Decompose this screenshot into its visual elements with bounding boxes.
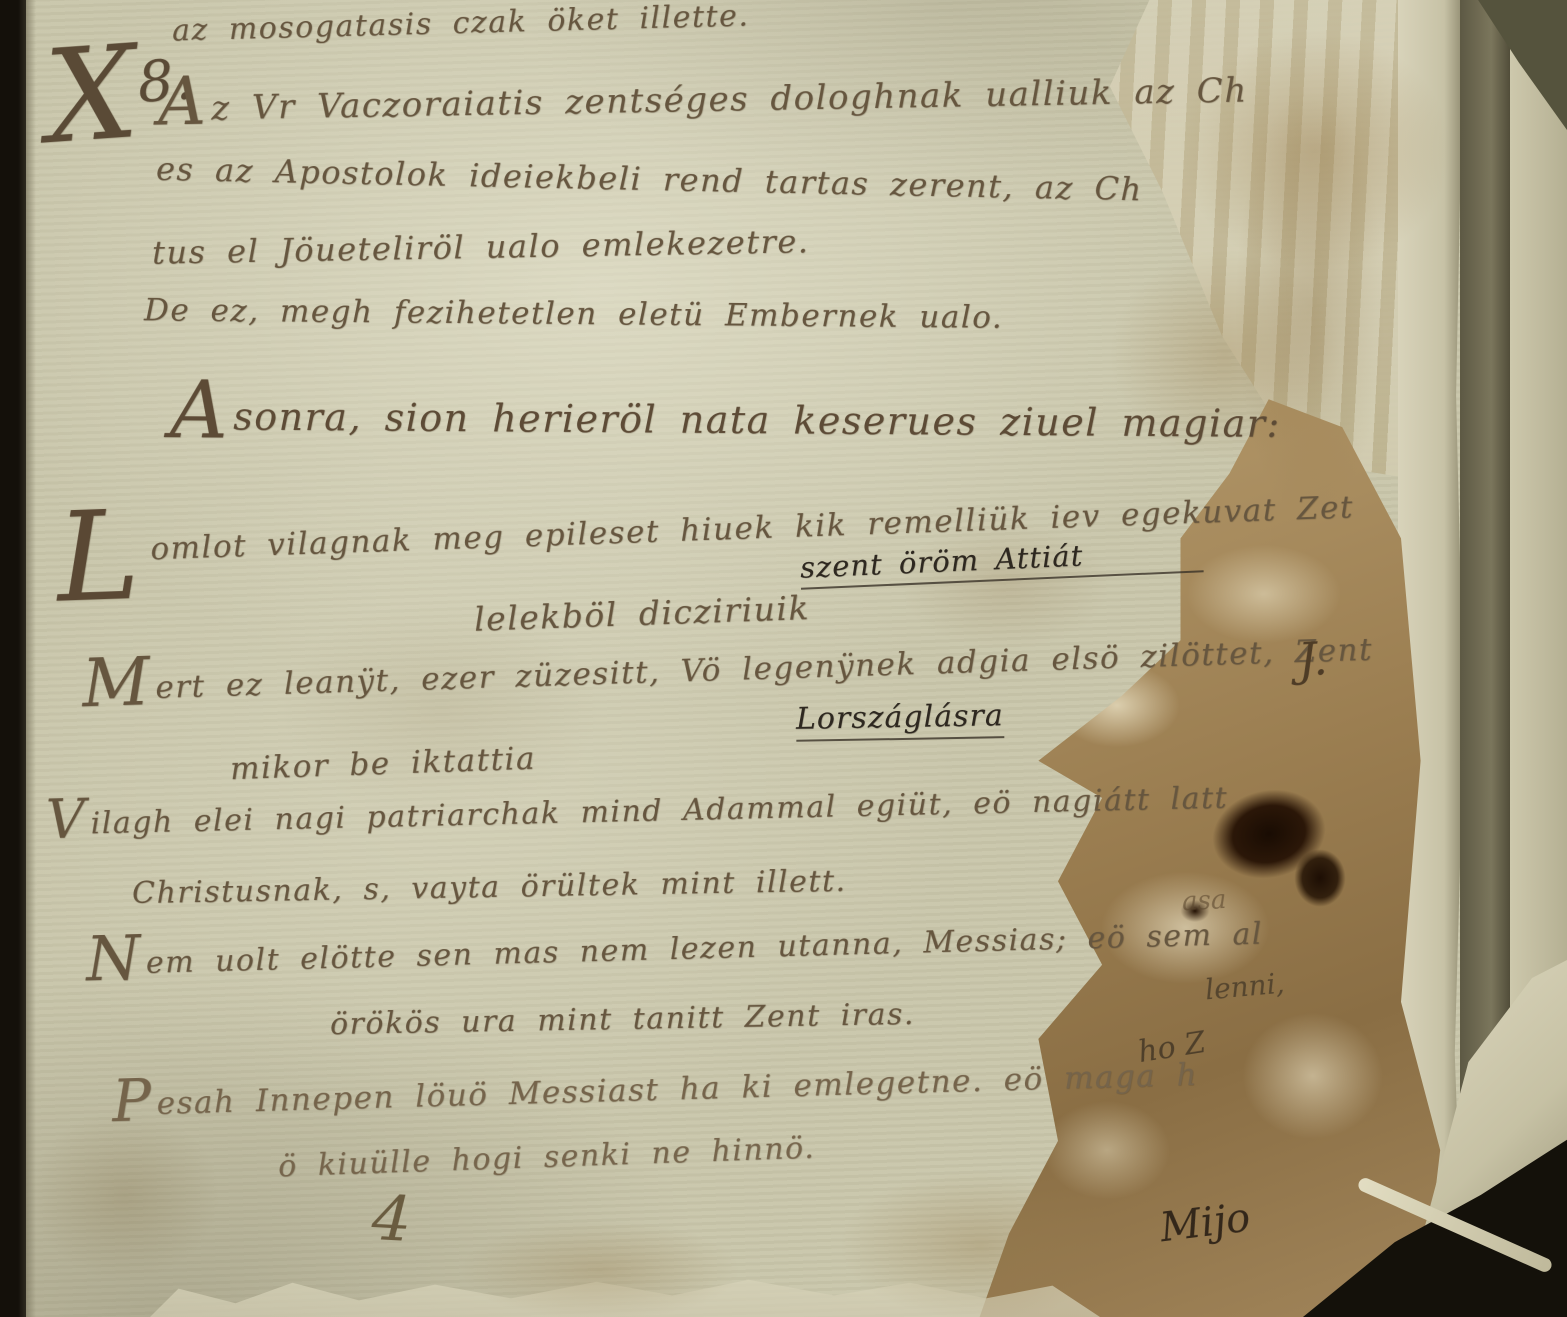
left-binding-edge	[0, 0, 26, 1317]
manuscript-photo: X8. az mosogatasis czak öket illette. Az…	[0, 0, 1567, 1317]
line-initial: M	[82, 682, 151, 684]
chipped-bottom-edge	[150, 1268, 1100, 1317]
manuscript-line: Vilagh elei nagi patriarchak mind Adamma…	[46, 781, 1229, 843]
line-initial: V	[46, 819, 86, 820]
manuscript-line: az mosogatasis czak öket illette.	[168, 0, 750, 49]
line-initial: L	[57, 556, 141, 559]
line-text: es az Apostolok ideiekbeli rend tartas z…	[156, 150, 1143, 209]
manuscript-line: tus el Jöueteliröl ualo emlekezetre.	[148, 222, 810, 272]
text-fragment: asa	[1181, 885, 1227, 917]
line-text: mikor be iktattia	[229, 741, 536, 788]
stain	[30, 1110, 220, 1280]
line-text: ö kiuülle hogi senki ne hinnö.	[278, 1131, 816, 1185]
chapter-mark-x: X	[46, 93, 138, 99]
manuscript-line: Pesah Innepen löuö Messiast ha ki emlege…	[112, 1057, 1199, 1123]
line-text: em uolt elötte sen mas nem lezen utanna,…	[145, 917, 1263, 981]
manuscript-line: es az Apostolok ideiekbeli rend tartas z…	[152, 150, 1143, 209]
line-text: ilagh elei nagi patriarchak mind Adammal…	[90, 781, 1228, 842]
manuscript-line: lelekböl dicziriuik	[469, 588, 810, 639]
left-binding-edge-highlight	[26, 0, 36, 1317]
manuscript-line: mikor be iktattia	[225, 741, 536, 788]
line-text: örökös ura mint tanitt Zent iras.	[330, 997, 915, 1042]
line-text: lelekböl dicziriuik	[473, 588, 810, 639]
manuscript-line: De ez, megh fezihetetlen eletü Embernek …	[140, 292, 1004, 336]
line-initial: N	[86, 958, 142, 959]
line-text: sonra, sion herieröl nata keserues ziuel…	[233, 395, 1281, 446]
manuscript-line: Az Vr Vaczoraiatis zentséges dologhnak u…	[158, 70, 1248, 129]
line-text: esah Innepen löuö Messiast ha ki emleget…	[156, 1057, 1198, 1122]
text-fragment: lenni,	[1204, 967, 1286, 1007]
manuscript-line: ö kiuülle hogi senki ne hinnö.	[274, 1131, 816, 1185]
page-number: 4	[370, 1181, 413, 1256]
line-text: az mosogatasis czak öket illette.	[172, 0, 750, 48]
insertion-note: Lországlásra	[796, 698, 1004, 742]
line-text: Christusnak, s, vayta örültek mint illet…	[132, 864, 847, 911]
line-text: tus el Jöueteliröl ualo emlekezetre.	[152, 222, 810, 271]
line-initial: P	[112, 1100, 153, 1101]
line-initial: A	[158, 102, 207, 103]
text-fragment: J.	[1297, 631, 1329, 686]
manuscript-line: Asonra, sion herieröl nata keserues ziue…	[170, 394, 1281, 446]
manuscript-line: Nem uolt elötte sen mas nem lezen utanna…	[86, 917, 1264, 983]
line-text: z Vr Vaczoraiatis zentséges dologhnak ua…	[211, 70, 1248, 128]
manuscript-line: örökös ura mint tanitt Zent iras.	[326, 997, 915, 1042]
manuscript-line: Christusnak, s, vayta örültek mint illet…	[128, 864, 847, 912]
ink-blot	[1288, 842, 1352, 914]
line-text: De ez, megh fezihetetlen eletü Embernek …	[144, 292, 1004, 335]
